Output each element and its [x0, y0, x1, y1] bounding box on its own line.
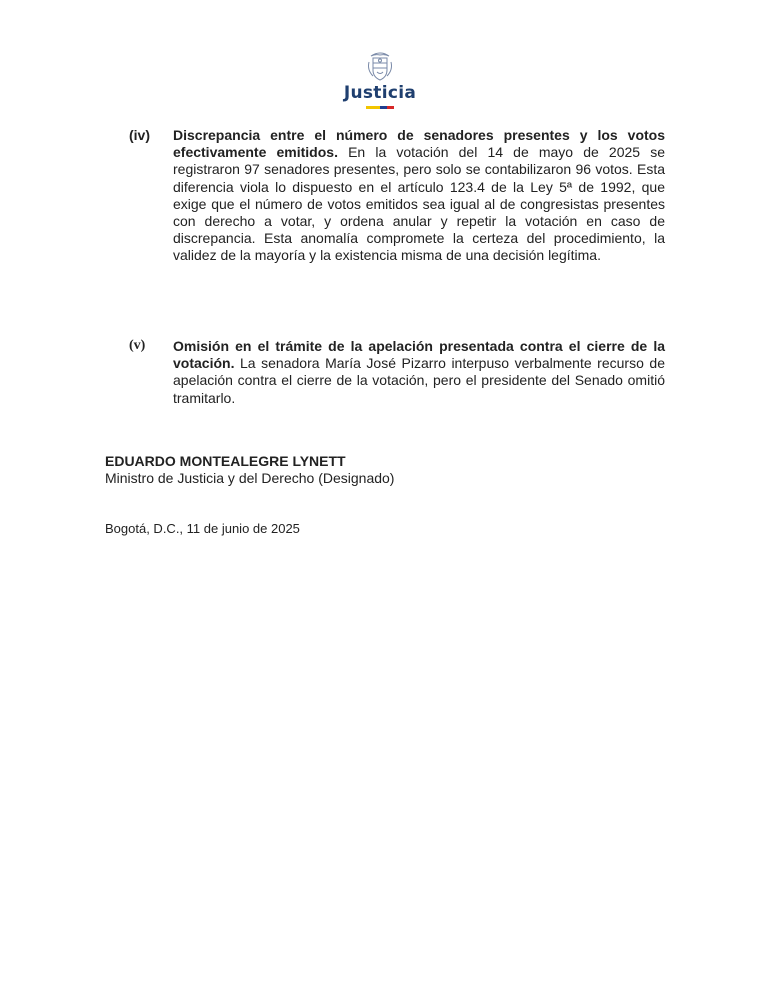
signatory-name: EDUARDO MONTEALEGRE LYNETT — [105, 453, 346, 469]
place-date: Bogotá, D.C., 11 de junio de 2025 — [105, 521, 300, 536]
item-text: La senadora María José Pizarro interpuso… — [173, 355, 665, 405]
item-body: Discrepancia entre el número de senadore… — [173, 127, 665, 265]
flag-yellow — [366, 106, 380, 109]
item-number: (v) — [129, 338, 145, 354]
item-iv: (iv) Discrepancia entre el número de sen… — [105, 127, 665, 265]
item-text: En la votación del 14 de mayo de 2025 se… — [173, 144, 665, 263]
item-number: (iv) — [129, 127, 150, 143]
item-body: Omisión en el trámite de la apelación pr… — [173, 338, 665, 407]
justicia-logo: Justicia — [340, 50, 420, 109]
flag-stripe — [366, 106, 394, 109]
logo-text: Justicia — [340, 83, 420, 103]
item-v: (v) Omisión en el trámite de la apelació… — [105, 338, 665, 407]
flag-blue — [380, 106, 387, 109]
colombia-coat-of-arms-icon — [365, 50, 395, 82]
signatory-title: Ministro de Justicia y del Derecho (Desi… — [105, 470, 394, 486]
flag-red — [387, 106, 394, 109]
